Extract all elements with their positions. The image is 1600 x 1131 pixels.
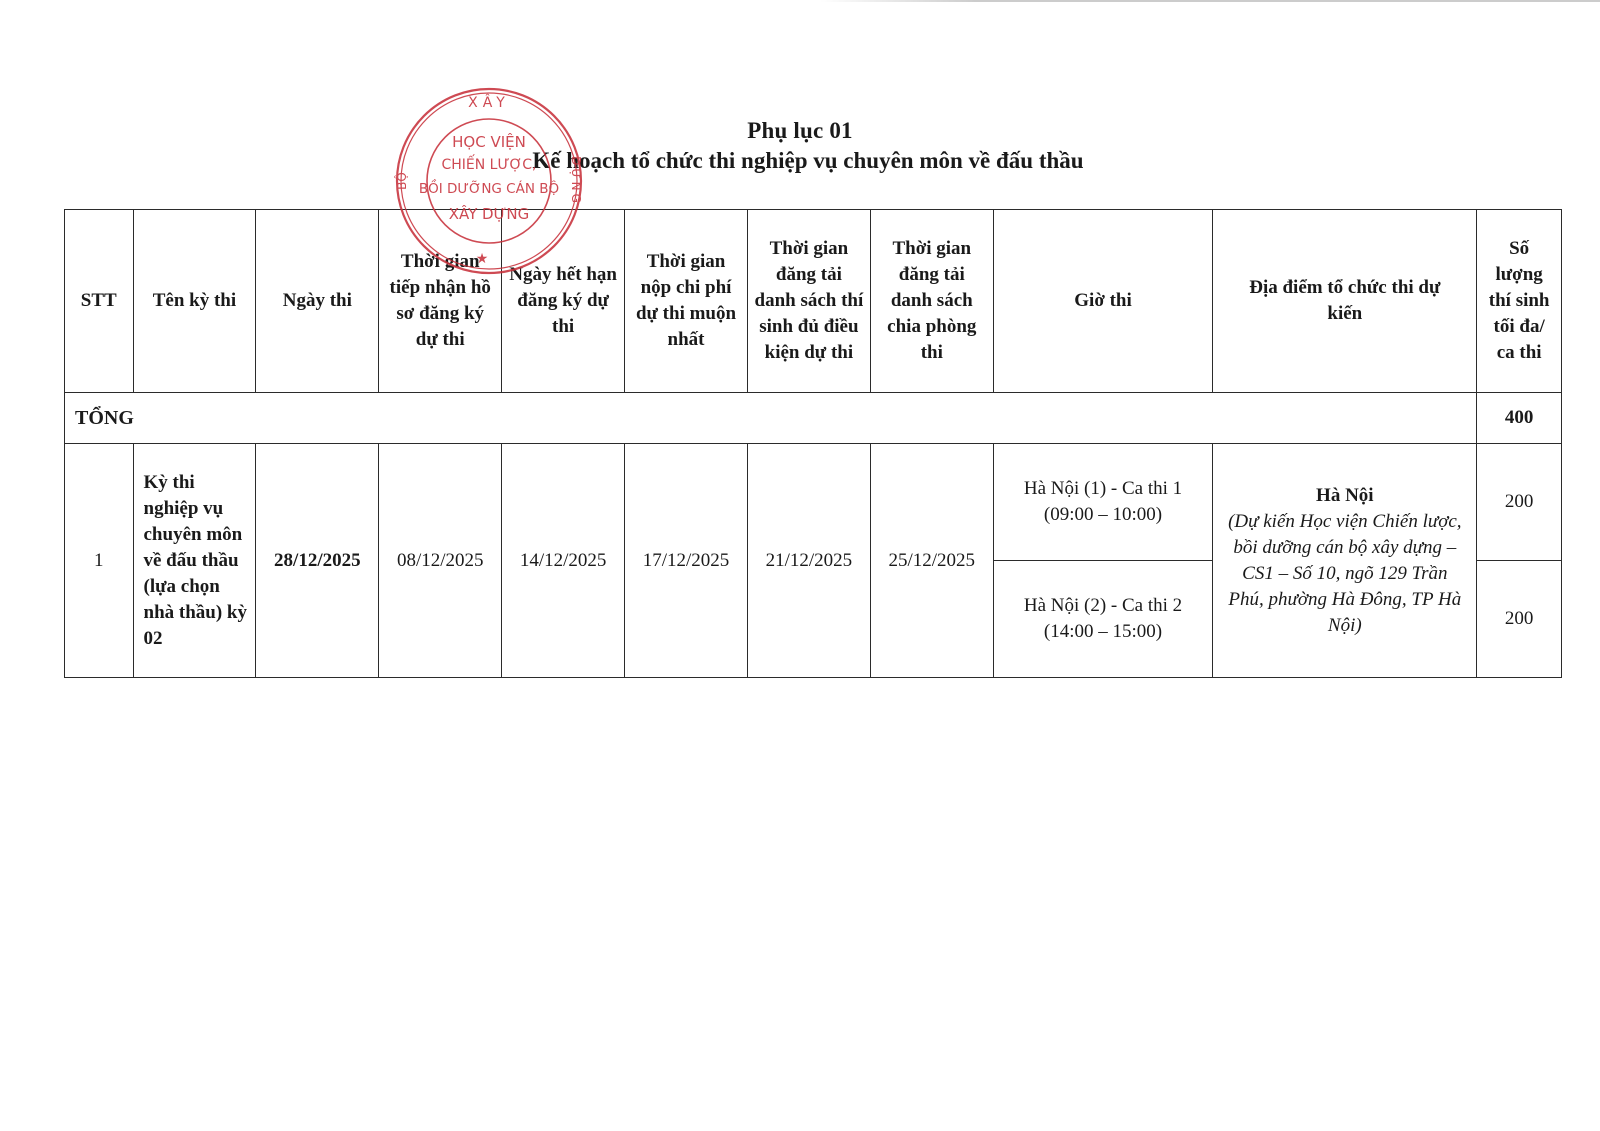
session-1-label: Hà Nội (1) - Ca thi 1	[1000, 476, 1207, 502]
session-1: Hà Nội (1) - Ca thi 1 (09:00 – 10:00)	[993, 444, 1213, 561]
location-detail: (Dự kiến Học viện Chiến lược, bồi dưỡng …	[1225, 509, 1464, 639]
header-exam-name: Tên kỳ thi	[133, 210, 256, 393]
header-location: Địa điểm tổ chức thi dự kiến	[1213, 210, 1477, 393]
header-fee-deadline: Thời gian nộp chi phí dự thi muộn nhất	[625, 210, 748, 393]
row-location: Hà Nội (Dự kiến Học viện Chiến lược, bồi…	[1213, 444, 1477, 678]
row-fee-deadline: 17/12/2025	[625, 444, 748, 678]
session-2: Hà Nội (2) - Ca thi 2 (14:00 – 15:00)	[993, 561, 1213, 678]
row-exam-name: Kỳ thi nghiệp vụ chuyên môn về đấu thầu …	[133, 444, 256, 678]
location-name: Hà Nội	[1225, 483, 1464, 509]
header-exam-date: Ngày thi	[256, 210, 379, 393]
row-stt: 1	[65, 444, 134, 678]
header-room-list: Thời gian đăng tải danh sách chia phòng …	[870, 210, 993, 393]
row-registration-start: 08/12/2025	[379, 444, 502, 678]
appendix-title: Phụ lục 01	[0, 118, 1600, 144]
scan-edge	[820, 0, 1600, 2]
header-registration-start: Thời gian tiếp nhận hồ sơ đăng ký dự thi	[379, 210, 502, 393]
session-1-capacity: 200	[1477, 444, 1562, 561]
stamp-top-text: XÂY	[468, 93, 510, 111]
total-value: 400	[1477, 393, 1562, 444]
stamp-left-text: BỘ	[394, 172, 409, 190]
stamp-line-3: BỒI DƯỠNG CÁN BỘ	[419, 178, 559, 197]
session-2-label: Hà Nội (2) - Ca thi 2	[1000, 593, 1207, 619]
row-eligible-list-date: 21/12/2025	[747, 444, 870, 678]
table-row: 1 Kỳ thi nghiệp vụ chuyên môn về đấu thầ…	[65, 444, 1562, 561]
header-eligible-list: Thời gian đăng tải danh sách thí sinh đủ…	[747, 210, 870, 393]
header-registration-deadline: Ngày hết hạn đăng ký dự thi	[502, 210, 625, 393]
header-capacity: Số lượng thí sinh tối đa/ ca thi	[1477, 210, 1562, 393]
total-row: TỔNG 400	[65, 393, 1562, 444]
session-2-time: (14:00 – 15:00)	[1000, 619, 1207, 645]
total-label: TỔNG	[65, 393, 1477, 444]
plan-title: Kế hoạch tổ chức thi nghiệp vụ chuyên mô…	[0, 148, 1600, 174]
session-2-capacity: 200	[1477, 561, 1562, 678]
header-row: STT Tên kỳ thi Ngày thi Thời gian tiếp n…	[65, 210, 1562, 393]
session-1-time: (09:00 – 10:00)	[1000, 502, 1207, 528]
row-registration-deadline: 14/12/2025	[502, 444, 625, 678]
header-stt: STT	[65, 210, 134, 393]
exam-plan-table: STT Tên kỳ thi Ngày thi Thời gian tiếp n…	[64, 209, 1562, 678]
row-room-list-date: 25/12/2025	[870, 444, 993, 678]
row-exam-date: 28/12/2025	[256, 444, 379, 678]
header-exam-time: Giờ thi	[993, 210, 1213, 393]
